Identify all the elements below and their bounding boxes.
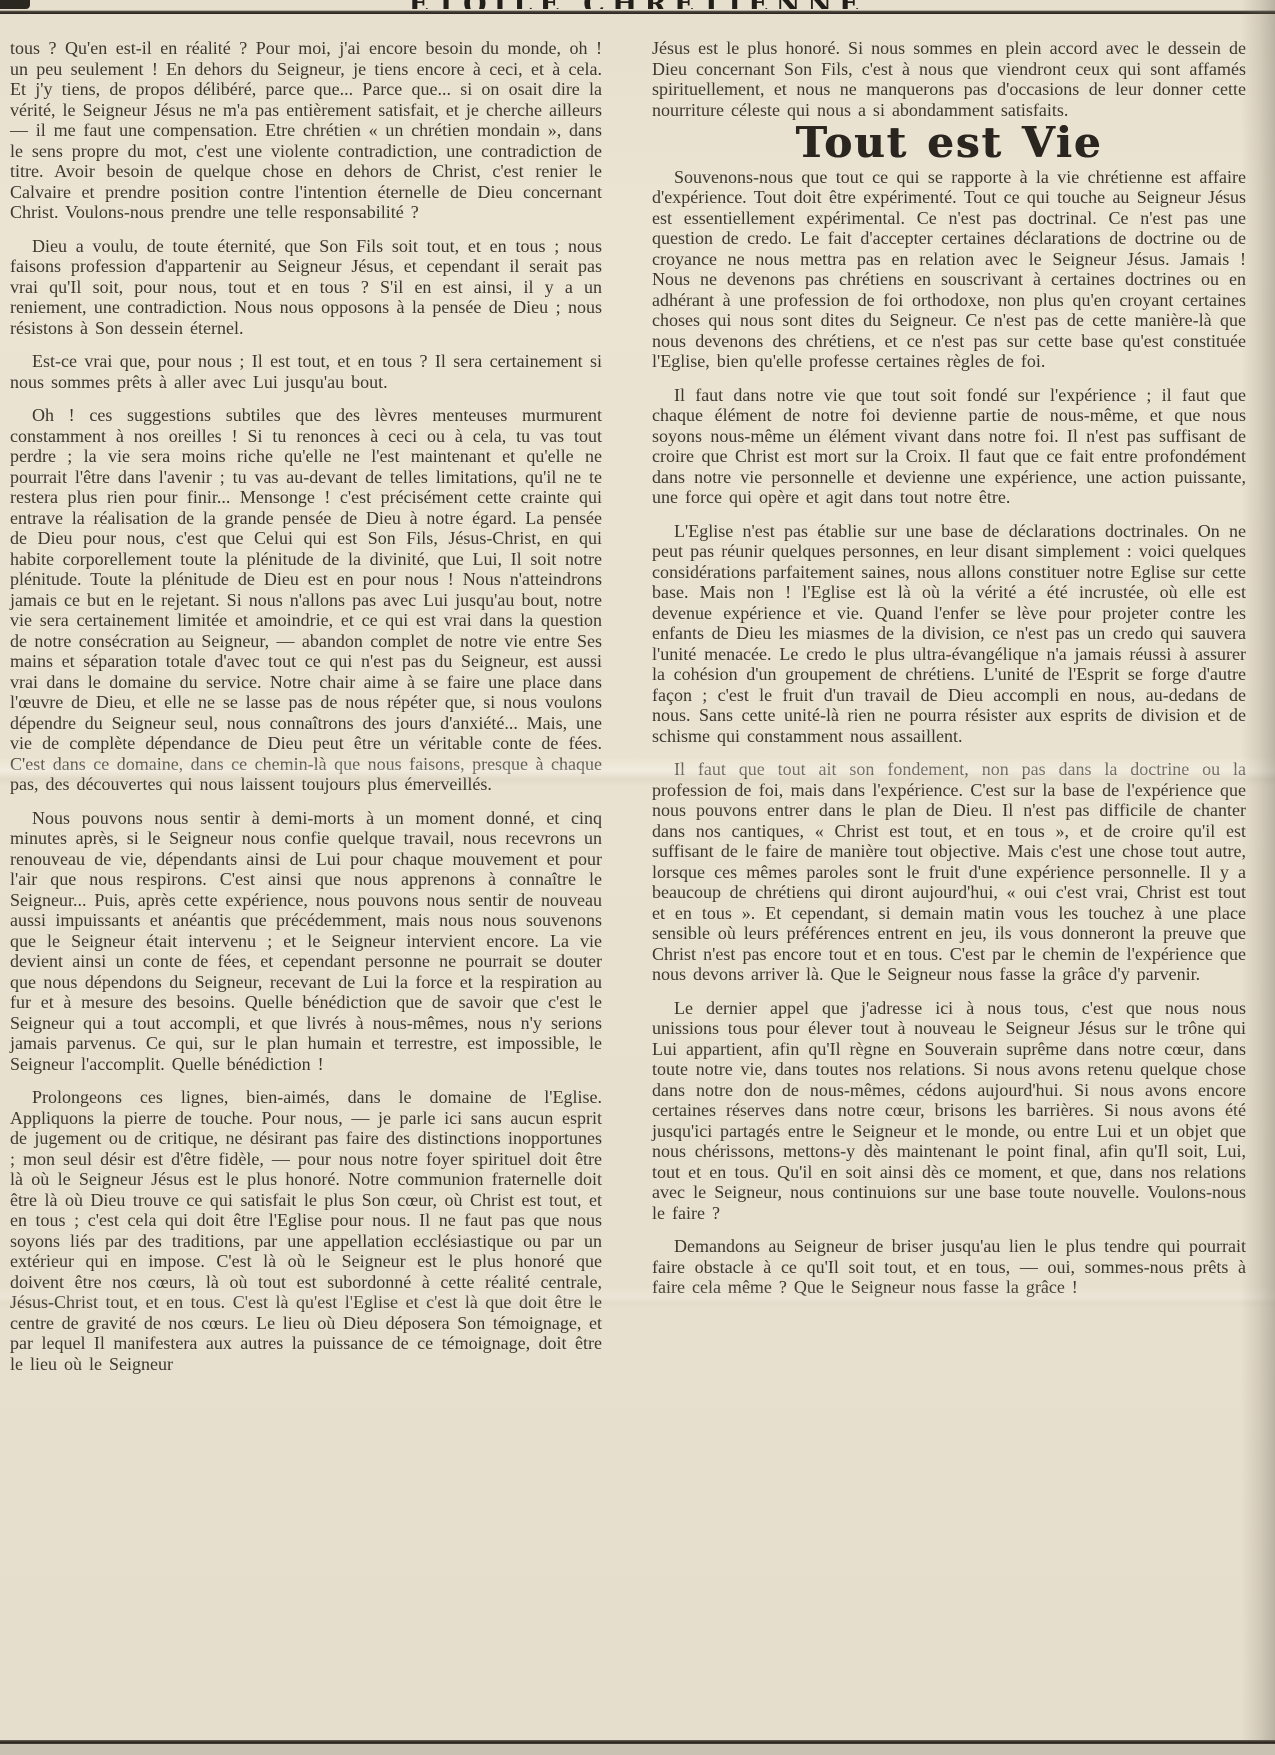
paragraph: Demandons au Seigneur de briser jusqu'au… — [652, 1236, 1246, 1298]
paragraph: Il faut dans notre vie que tout soit fon… — [652, 385, 1246, 508]
paragraph: tous ? Qu'en est-il en réalité ? Pour mo… — [10, 38, 602, 223]
masthead-cutoff: ÉTOILE CHRÉTIENNE — [0, 0, 1275, 9]
top-rule — [0, 10, 1275, 14]
paragraph: Est-ce vrai que, pour nous ; Il est tout… — [10, 351, 602, 392]
masthead-cutoff-text: ÉTOILE CHRÉTIENNE — [408, 0, 866, 9]
paragraph: Le dernier appel que j'adresse ici à nou… — [652, 998, 1246, 1224]
paragraph: Souvenons-nous que tout ce qui se rappor… — [652, 167, 1246, 372]
left-text-column: tous ? Qu'en est-il en réalité ? Pour mo… — [10, 38, 602, 1387]
scan-edge-shadow — [1241, 0, 1275, 1755]
paragraph: Il faut que tout ait son fondement, non … — [652, 759, 1246, 985]
bottom-margin-strip — [0, 1744, 1275, 1755]
paragraph: Oh ! ces suggestions subtiles que des lè… — [10, 405, 602, 795]
paragraph: Prolongeons ces lignes, bien-aimés, dans… — [10, 1087, 602, 1374]
paragraph: Nous pouvons nous sentir à demi-morts à … — [10, 808, 602, 1075]
section-title: Tout est Vie — [652, 133, 1246, 154]
paragraph: Dieu a voulu, de toute éternité, que Son… — [10, 236, 602, 339]
paragraph: L'Eglise n'est pas établie sur une base … — [652, 521, 1246, 747]
paragraph: Jésus est le plus honoré. Si nous sommes… — [652, 38, 1246, 120]
scanned-document-page: ÉTOILE CHRÉTIENNE tous ? Qu'en est-il en… — [0, 0, 1275, 1755]
right-text-column: Jésus est le plus honoré. Si nous sommes… — [652, 38, 1246, 1311]
scan-corner-mark — [0, 0, 30, 9]
